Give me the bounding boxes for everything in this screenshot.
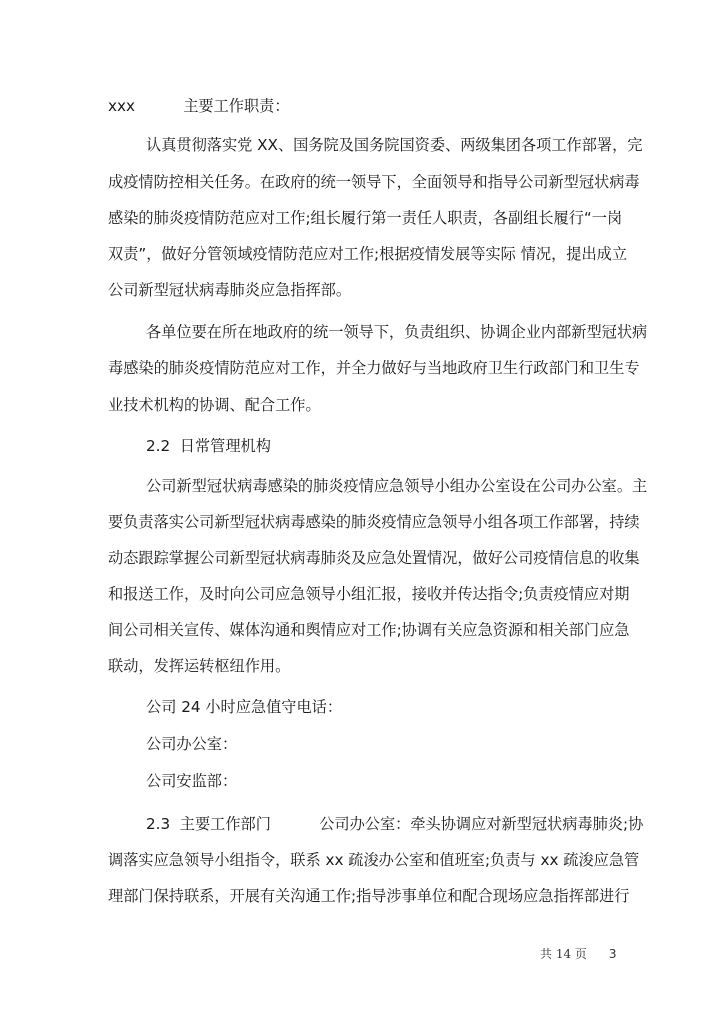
section-heading: 2.3 主要工作部门 公司办公室：牵头协调应对新型冠状病毒肺炎;协 bbox=[146, 814, 614, 834]
line: 双责”，做好分管领域疫情防范应对工作;根据疫情发展等实际 情况，提出成立 bbox=[108, 244, 614, 264]
line: 公司新型冠状病毒感染的肺炎疫情应急领导小组办公室设在公司办公室。主 bbox=[146, 476, 614, 496]
section-heading: 2.2 日常管理机构 bbox=[146, 436, 614, 456]
line: 各单位要在所在地政府的统一领导下，负责组织、协调企业内部新型冠状病 bbox=[146, 322, 614, 342]
line: 理部门保持联系，开展有关沟通工作;指导涉事单位和配合现场应急指挥部进行 bbox=[108, 886, 614, 906]
line: 业技术机构的协调、配合工作。 bbox=[108, 395, 614, 415]
line: 毒感染的肺炎疫情防范应对工作，并全力做好与当地政府卫生行政部门和卫生专 bbox=[108, 358, 614, 378]
page-number: 3 bbox=[609, 947, 617, 961]
line: 和报送工作，及时向公司应急领导小组汇报，接收并传达指令;负责疫情应对期 bbox=[108, 584, 614, 604]
line: 要负责落实公司新型冠状病毒感染的肺炎疫情应急领导小组各项工作部署，持续 bbox=[108, 512, 614, 532]
line: 调落实应急领导小组指令，联系 xx 疏浚办公室和值班室;负责与 xx 疏浚应急管 bbox=[108, 850, 614, 870]
line: 动态跟踪掌握公司新型冠状病毒肺炎及应急处置情况，做好公司疫情信息的收集 bbox=[108, 548, 614, 568]
total-pages-label: 共 14 页 bbox=[540, 947, 587, 961]
line: 感染的肺炎疫情防范应对工作;组长履行第一责任人职责，各副组长履行“一岗 bbox=[108, 208, 614, 228]
line: 联动，发挥运转枢纽作用。 bbox=[108, 656, 614, 676]
line: 成疫情防控相关任务。在政府的统一领导下，全面领导和指导公司新型冠状病毒 bbox=[108, 172, 614, 192]
document-page: xxx 主要工作职责： 认真贯彻落实党 XX、国务院及国务院国资委、两级集团各项… bbox=[0, 0, 720, 1020]
line: 公司新型冠状病毒肺炎应急指挥部。 bbox=[108, 280, 614, 300]
safety-dept-phone-label: 公司安监部： bbox=[146, 771, 614, 791]
line: 间公司相关宣传、媒体沟通和舆情应对工作;协调有关应急资源和相关部门应急 bbox=[108, 620, 614, 640]
page-footer: 共 14 页3 bbox=[540, 945, 617, 962]
line: xxx 主要工作职责： bbox=[108, 96, 614, 116]
office-phone-label: 公司办公室： bbox=[146, 734, 614, 754]
line: 认真贯彻落实党 XX、国务院及国务院国资委、两级集团各项工作部署，完 bbox=[146, 135, 614, 155]
phone-heading: 公司 24 小时应急值守电话： bbox=[146, 697, 614, 717]
